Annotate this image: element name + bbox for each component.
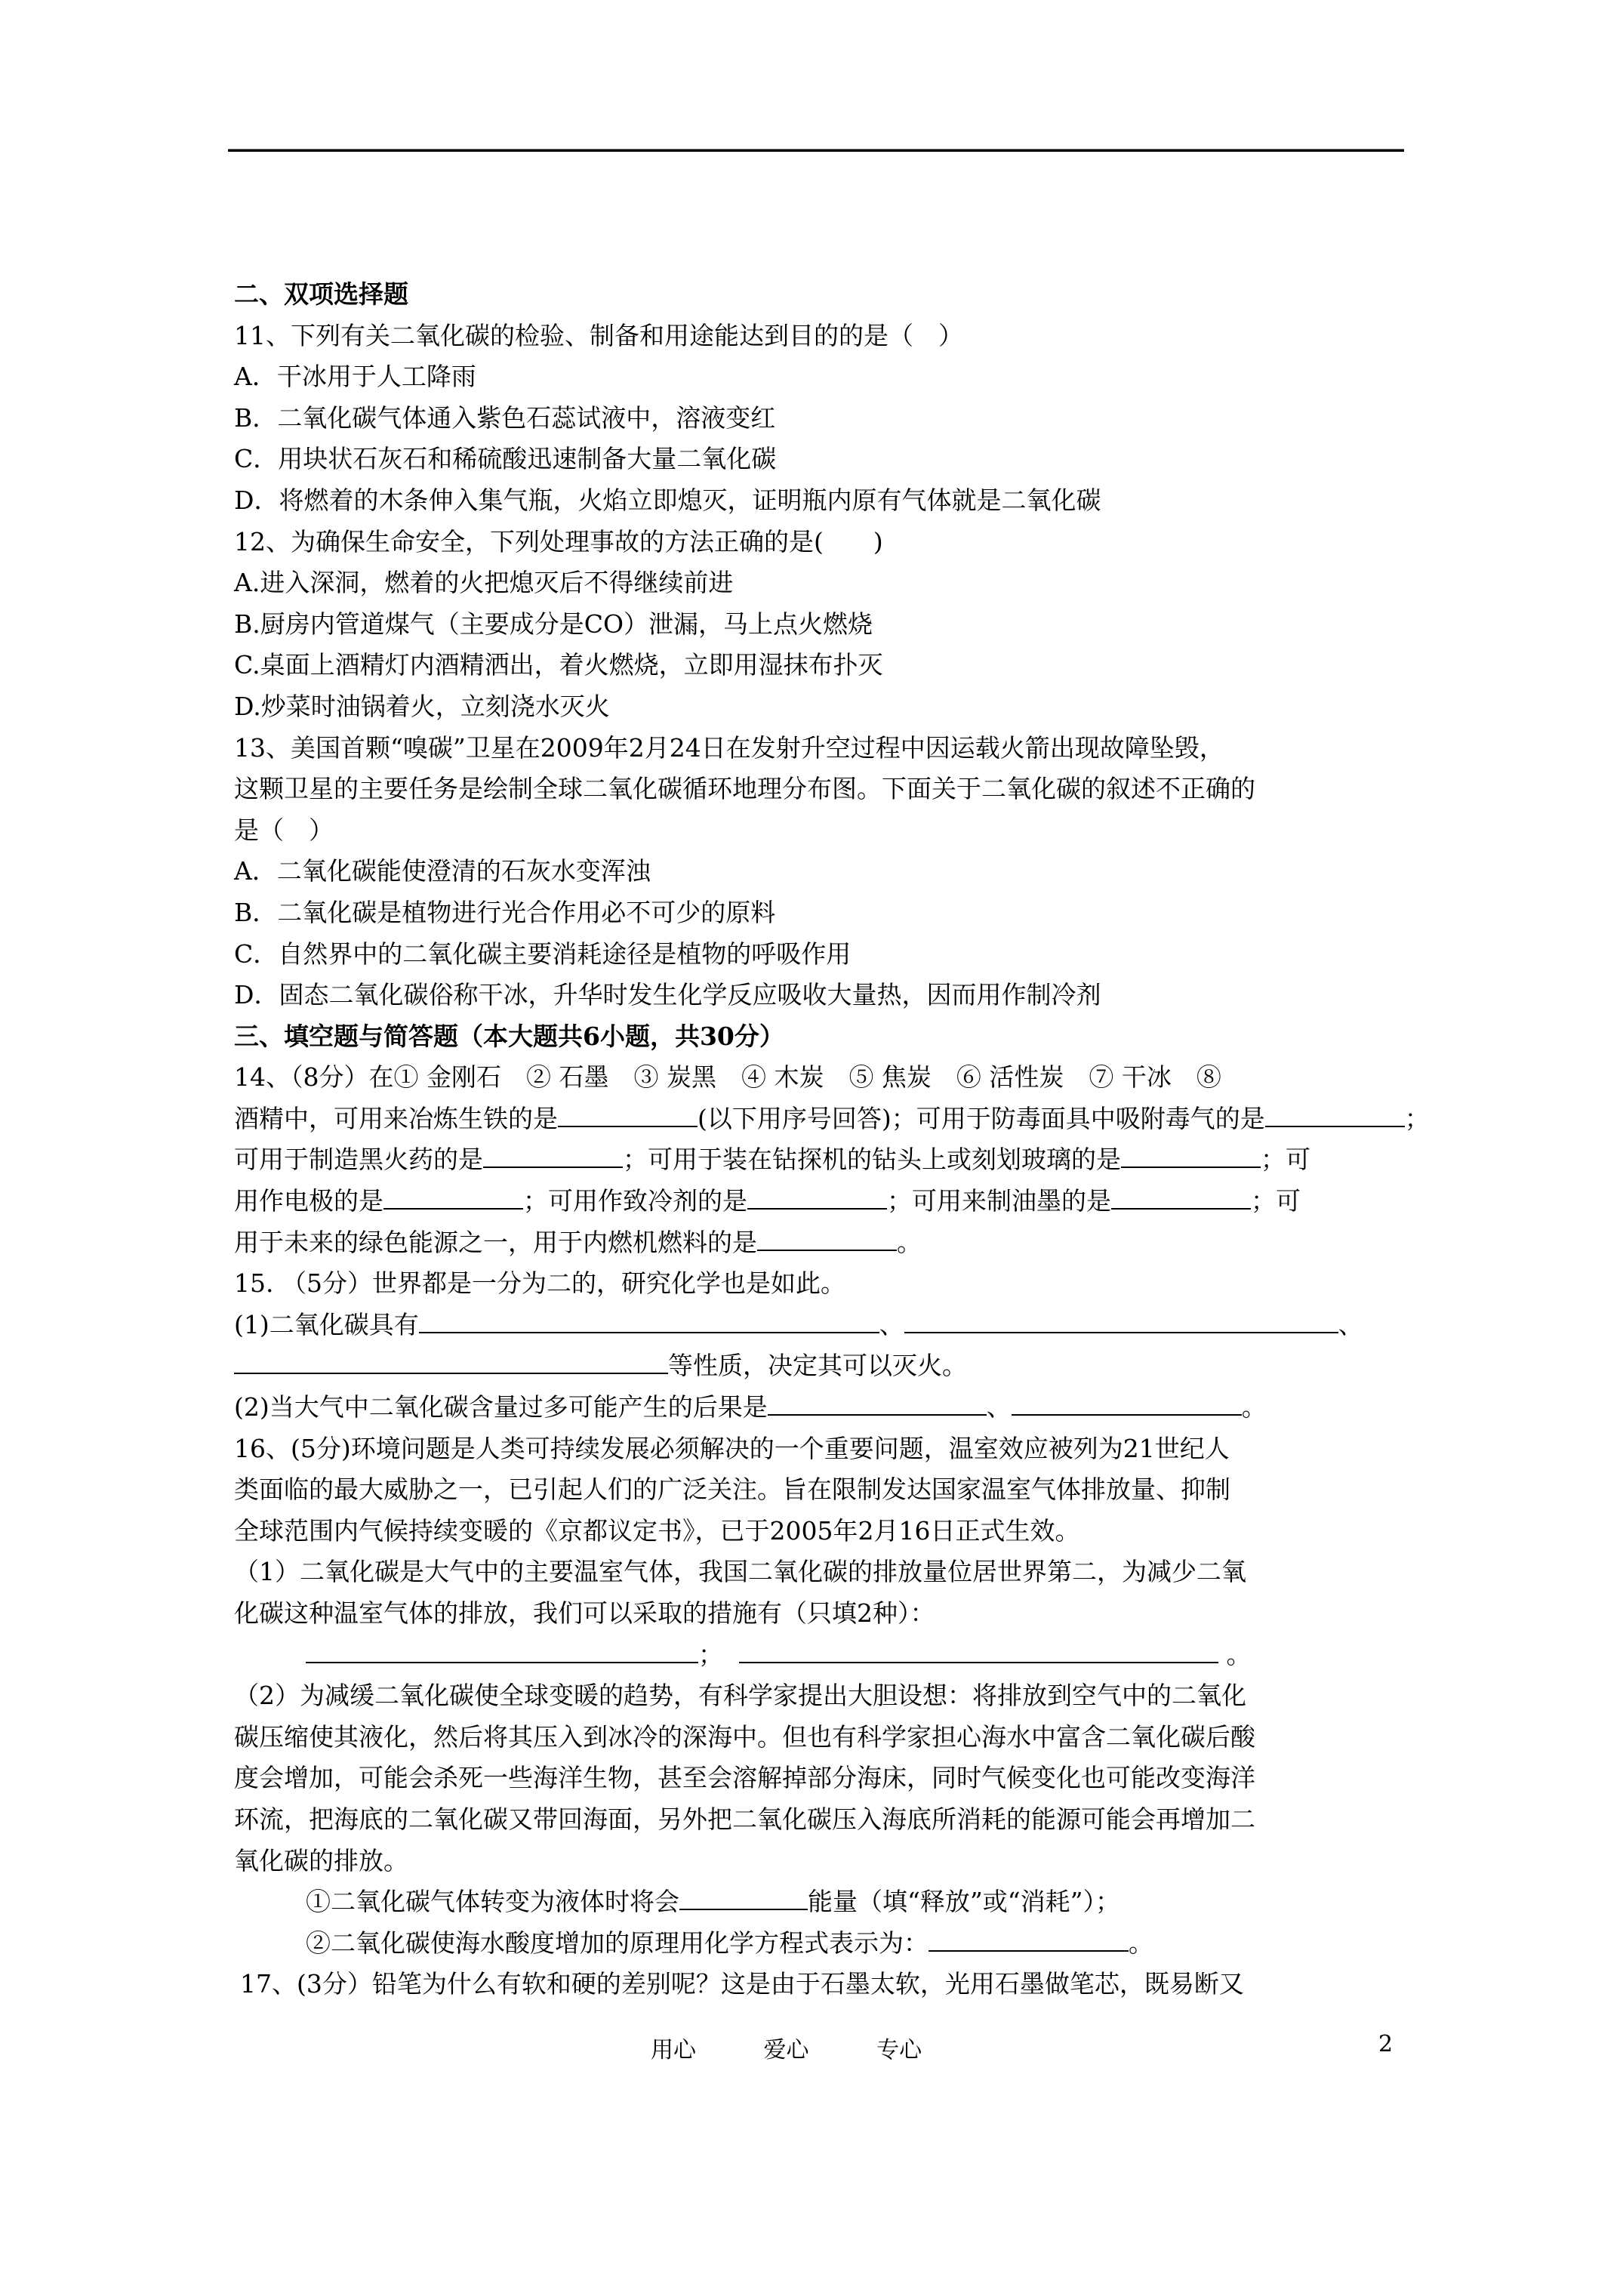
answer-blank[interactable] xyxy=(739,1639,1218,1663)
text: 。 xyxy=(1129,1928,1153,1958)
document-page: 二、双项选择题 11、下列有关二氧化碳的检验、制备和用途能达到目的的是（ ） A… xyxy=(0,0,1623,2296)
text: 酒精中，可用来冶炼生铁的是 xyxy=(234,1104,558,1133)
paragraph: 化碳这种温室气体的排放，我们可以采取的措施有（只填2种）： xyxy=(234,1593,1412,1635)
text: ①二氧化碳气体转变为液体时将会 xyxy=(306,1887,679,1916)
question-stem: 这颗卫星的主要任务是绘制全球二氧化碳循环地理分布图。下面关于二氧化碳的叙述不正确… xyxy=(234,769,1412,810)
text: ；可 xyxy=(1251,1186,1301,1216)
answer-blank[interactable] xyxy=(1111,1185,1251,1210)
page-content: 二、双项选择题 11、下列有关二氧化碳的检验、制备和用途能达到目的的是（ ） A… xyxy=(234,274,1412,2005)
footer-motto: 专心 xyxy=(876,2037,922,2063)
page-number: 2 xyxy=(1378,2031,1393,2057)
section-title: 二、双项选择题 xyxy=(234,274,1412,316)
answer-blank[interactable] xyxy=(679,1886,808,1910)
answer-blank[interactable] xyxy=(234,1350,668,1374)
answer-blank[interactable] xyxy=(558,1103,698,1127)
question-stem: 11、下列有关二氧化碳的检验、制备和用途能达到目的的是（ ） xyxy=(234,316,1412,357)
text: 、 xyxy=(987,1392,1012,1422)
text: ②二氧化碳使海水酸度增加的原理用化学方程式表示为： xyxy=(306,1928,929,1958)
text: ；可 xyxy=(1261,1145,1310,1174)
fill-line: ； 。 xyxy=(234,1635,1412,1676)
text: 、 xyxy=(879,1310,904,1339)
option: C．自然界中的二氧化碳主要消耗途径是植物的呼吸作用 xyxy=(234,934,1412,975)
text: 可用于制造黑火药的是 xyxy=(234,1145,483,1174)
text: ；可用作致冷剂的是 xyxy=(523,1186,747,1216)
fill-line: ①二氧化碳气体转变为液体时将会能量（填“释放”或“消耗”）； xyxy=(234,1881,1412,1923)
option: C.桌面上酒精灯内酒精洒出，着火燃烧，立即用湿抹布扑灭 xyxy=(234,645,1412,686)
paragraph: 环流，把海底的二氧化碳又带回海面，另外把二氧化碳压入海底所消耗的能源可能会再增加… xyxy=(234,1799,1412,1841)
answer-blank[interactable] xyxy=(768,1391,987,1416)
question-stem: 12、为确保生命安全，下列处理事故的方法正确的是( ) xyxy=(234,522,1412,563)
text: (1)二氧化碳具有 xyxy=(234,1310,419,1339)
answer-blank[interactable] xyxy=(306,1639,698,1663)
answer-blank[interactable] xyxy=(757,1227,897,1251)
option: D．将燃着的木条伸入集气瓶，火焰立即熄灭，证明瓶内原有气体就是二氧化碳 xyxy=(234,480,1412,522)
fill-line: 可用于制造黑火药的是；可用于装在钻探机的钻头上或刻划玻璃的是；可 xyxy=(234,1139,1412,1181)
question-stem: 是（ ） xyxy=(234,810,1412,852)
text: 、 xyxy=(1338,1310,1363,1339)
answer-blank[interactable] xyxy=(1265,1103,1405,1127)
answer-blank[interactable] xyxy=(483,1144,623,1168)
footer-mottos: 用心 爱心 专心 xyxy=(651,2031,982,2064)
text: 。 xyxy=(1226,1640,1251,1669)
answer-blank[interactable] xyxy=(747,1185,887,1210)
fill-line: (2)当大气中二氧化碳含量过多可能产生的后果是、。 xyxy=(234,1387,1412,1428)
header-rule xyxy=(228,149,1404,152)
paragraph: 碳压缩使其液化，然后将其压入到冰冷的深海中。但也有科学家担心海水中富含二氧化碳后… xyxy=(234,1717,1412,1758)
answer-blank[interactable] xyxy=(1121,1144,1261,1168)
text: (以下用序号回答)；可用于防毒面具中吸附毒气的是 xyxy=(698,1104,1265,1133)
option: B．二氧化碳气体通入紫色石蕊试液中，溶液变红 xyxy=(234,398,1412,439)
text: 用作电极的是 xyxy=(234,1186,383,1216)
answer-blank[interactable] xyxy=(929,1928,1129,1952)
footer-motto: 用心 xyxy=(651,2037,696,2063)
fill-line: 酒精中，可用来冶炼生铁的是(以下用序号回答)；可用于防毒面具中吸附毒气的是； xyxy=(234,1099,1412,1140)
text: (2)当大气中二氧化碳含量过多可能产生的后果是 xyxy=(234,1392,768,1422)
text: ； xyxy=(698,1640,723,1669)
text: 。 xyxy=(1242,1392,1267,1422)
paragraph: （2）为减缓二氧化碳使全球变暖的趋势，有科学家提出大胆设想：将排放到空气中的二氧… xyxy=(234,1675,1412,1717)
text: ；可用来制油墨的是 xyxy=(887,1186,1111,1216)
answer-blank[interactable] xyxy=(383,1185,523,1210)
question-stem: 16、(5分)环境问题是人类可持续发展必须解决的一个重要问题，温室效应被列为21… xyxy=(234,1428,1412,1470)
text: 用于未来的绿色能源之一，用于内燃机燃料的是 xyxy=(234,1228,757,1257)
text: 能量（填“释放”或“消耗”）； xyxy=(808,1887,1120,1916)
text: 等性质，决定其可以灭火。 xyxy=(668,1351,967,1380)
fill-line: 等性质，决定其可以灭火。 xyxy=(234,1345,1412,1387)
question-stem: 13、美国首颗“嗅碳”卫星在2009年2月24日在发射升空过程中因运载火箭出现故… xyxy=(234,728,1412,769)
question-stem: 15. （5分）世界都是一分为二的，研究化学也是如此。 xyxy=(234,1263,1412,1305)
fill-line: 用作电极的是；可用作致冷剂的是；可用来制油墨的是；可 xyxy=(234,1181,1412,1222)
option: B．二氧化碳是植物进行光合作用必不可少的原料 xyxy=(234,892,1412,934)
option: C．用块状石灰石和稀硫酸迅速制备大量二氧化碳 xyxy=(234,439,1412,480)
paragraph: 度会增加，可能会杀死一些海洋生物，甚至会溶解掉部分海床，同时气候变化也可能改变海… xyxy=(234,1758,1412,1799)
option: A．二氧化碳能使澄清的石灰水变浑浊 xyxy=(234,851,1412,892)
paragraph: 氧化碳的排放。 xyxy=(234,1841,1412,1882)
section-title: 三、填空题与简答题（本大题共6小题，共30分） xyxy=(234,1016,1412,1058)
text: ； xyxy=(1405,1104,1430,1133)
option: B.厨房内管道煤气（主要成分是CO）泄漏，马上点火燃烧 xyxy=(234,604,1412,646)
text: ；可用于装在钻探机的钻头上或刻划玻璃的是 xyxy=(623,1145,1121,1174)
fill-line: (1)二氧化碳具有、、 xyxy=(234,1305,1412,1346)
option: D.炒菜时油锅着火，立刻浇水灭火 xyxy=(234,686,1412,728)
option: A.进入深洞，燃着的火把熄灭后不得继续前进 xyxy=(234,562,1412,604)
paragraph: （1）二氧化碳是大气中的主要温室气体，我国二氧化碳的排放量位居世界第二，为减少二… xyxy=(234,1552,1412,1593)
question-stem: 类面临的最大威胁之一，已引起人们的广泛关注。旨在限制发达国家温室气体排放量、抑制 xyxy=(234,1469,1412,1511)
question-stem: 14、（8分）在① 金刚石 ② 石墨 ③ 炭黑 ④ 木炭 ⑤ 焦炭 ⑥ 活性炭 … xyxy=(234,1057,1412,1099)
option: A．干冰用于人工降雨 xyxy=(234,356,1412,398)
fill-line: ②二氧化碳使海水酸度增加的原理用化学方程式表示为：。 xyxy=(234,1923,1412,1965)
answer-blank[interactable] xyxy=(419,1309,879,1333)
fill-line: 用于未来的绿色能源之一，用于内燃机燃料的是。 xyxy=(234,1222,1412,1264)
question-stem: 17、(3分）铅笔为什么有软和硬的差别呢？这是由于石墨太软，光用石墨做笔芯，既易… xyxy=(234,1964,1412,2005)
text: 。 xyxy=(897,1228,922,1257)
answer-blank[interactable] xyxy=(904,1309,1338,1333)
footer-motto: 爱心 xyxy=(764,2037,809,2063)
question-stem: 全球范围内气候持续变暖的《京都议定书》，已于2005年2月16日正式生效。 xyxy=(234,1511,1412,1552)
answer-blank[interactable] xyxy=(1012,1391,1242,1416)
option: D．固态二氧化碳俗称干冰，升华时发生化学反应吸收大量热，因而用作制冷剂 xyxy=(234,975,1412,1016)
